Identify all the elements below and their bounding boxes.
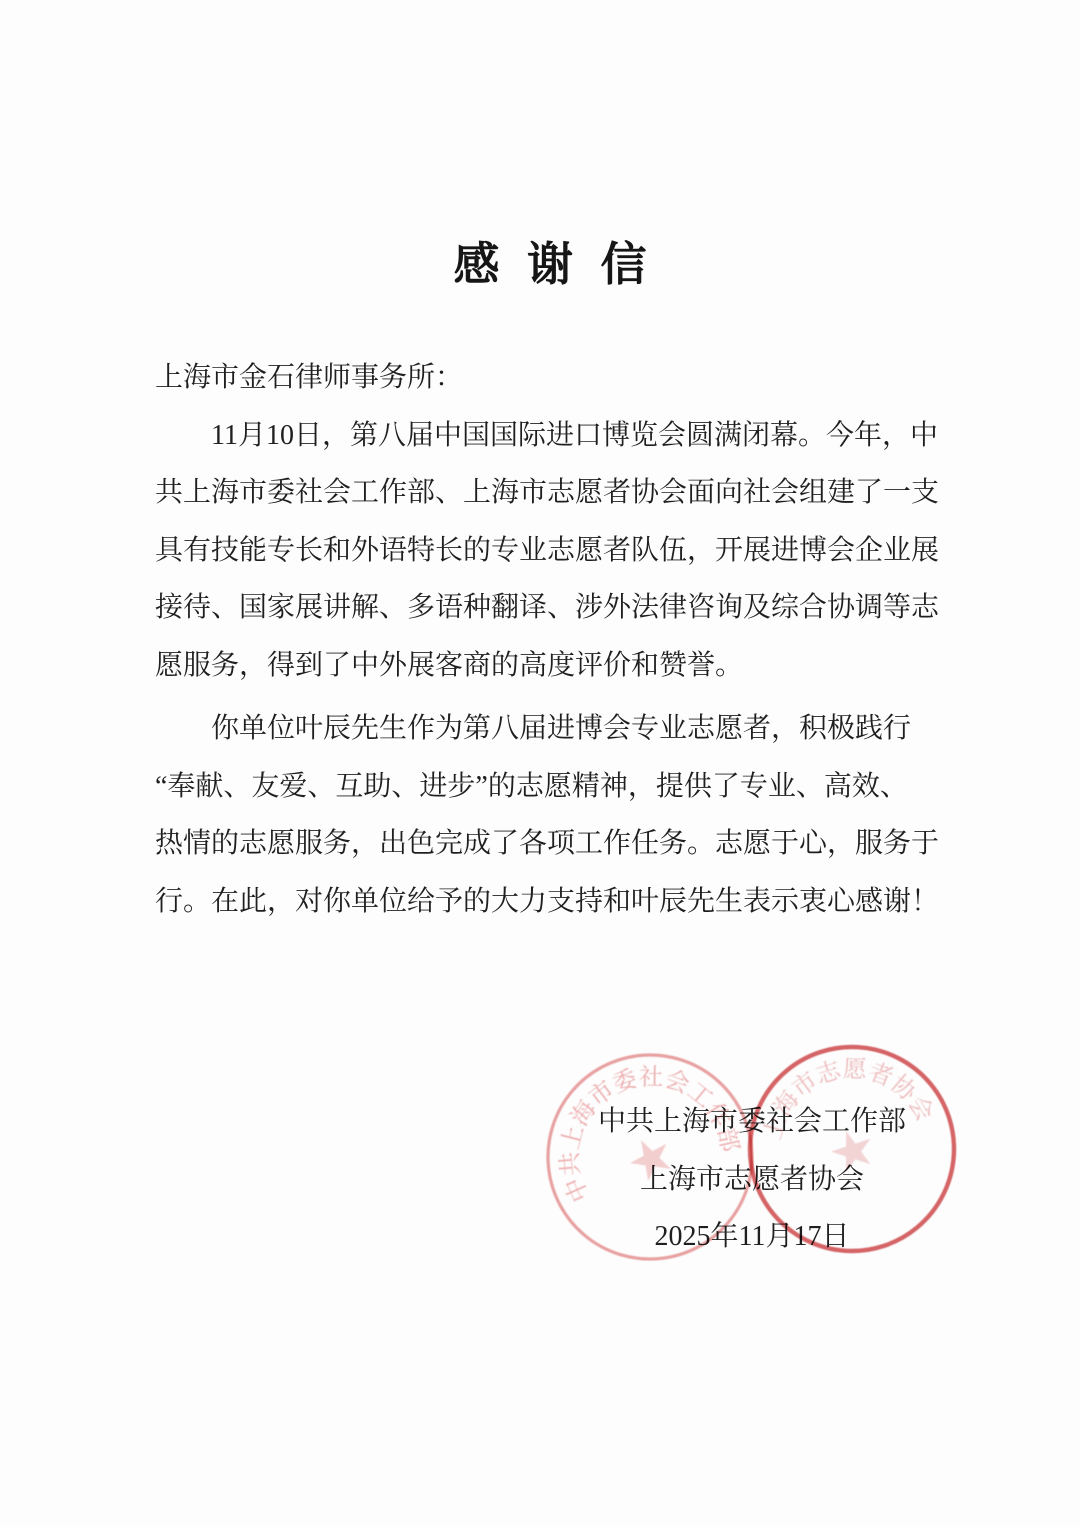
paragraph-1: 11月10日，第八届中国国际进口博览会圆满闭幕。今年，中 共上海市委社会工作部、… (155, 407, 955, 695)
body-line: “奉献、友爱、互助、进步”的志愿精神，提供了专业、高效、 (155, 758, 955, 816)
salutation: 上海市金石律师事务所： (155, 349, 955, 407)
body-line: 具有技能专长和外语特长的专业志愿者队伍，开展进博会企业展 (155, 522, 955, 580)
body-line: 热情的志愿服务，出色完成了各项工作任务。志愿于心，服务于 (155, 815, 955, 873)
letter-body: 上海市金石律师事务所： 11月10日，第八届中国国际进口博览会圆满闭幕。今年，中… (155, 349, 955, 930)
body-line: 共上海市委社会工作部、上海市志愿者协会面向社会组建了一支 (155, 464, 955, 522)
signature-org-2: 上海市志愿者协会 (557, 1151, 947, 1209)
thank-you-letter-page: 感 谢 信 上海市金石律师事务所： 11月10日，第八届中国国际进口博览会圆满闭… (0, 0, 1080, 1527)
body-line: 你单位叶辰先生作为第八届进博会专业志愿者，积极践行 (155, 700, 955, 758)
letter-title: 感 谢 信 (155, 228, 947, 294)
body-line: 愿服务，得到了中外展客商的高度评价和赞誉。 (155, 637, 955, 695)
body-line: 行。在此，对你单位给予的大力支持和叶辰先生表示衷心感谢！ (155, 873, 955, 931)
signature-block: 中共上海市委社会工作部 上海市志愿者协会 2025年11月17日 (557, 1093, 947, 1266)
signature-org-1: 中共上海市委社会工作部 (557, 1093, 947, 1151)
body-line: 11月10日，第八届中国国际进口博览会圆满闭幕。今年，中 (155, 407, 955, 465)
body-line: 接待、国家展讲解、多语种翻译、涉外法律咨询及综合协调等志 (155, 579, 955, 637)
paragraph-2: 你单位叶辰先生作为第八届进博会专业志愿者，积极践行 “奉献、友爱、互助、进步”的… (155, 700, 955, 930)
signature-date: 2025年11月17日 (557, 1208, 947, 1266)
